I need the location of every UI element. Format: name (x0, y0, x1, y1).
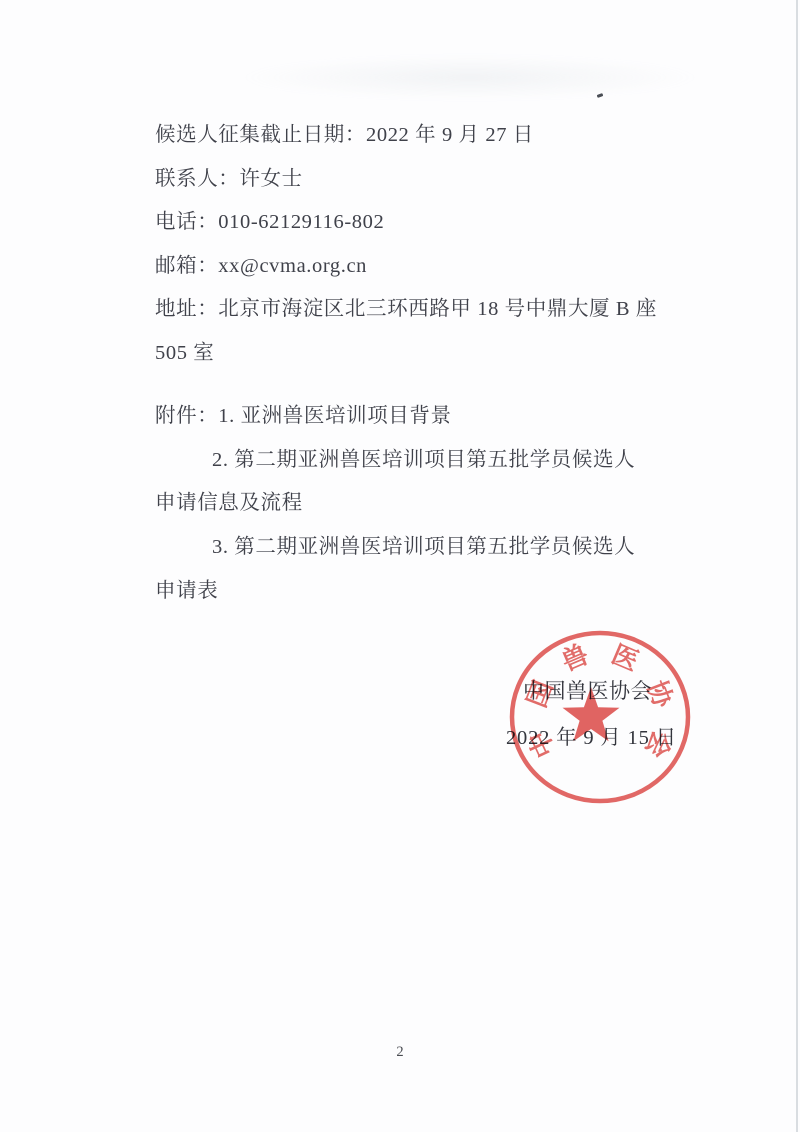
scan-edge-line (796, 0, 798, 1132)
seal-arc-char: 协 (642, 677, 679, 713)
seal-arc-char: 国 (522, 677, 558, 712)
official-seal: 中 国 兽 医 协 会 (508, 630, 692, 806)
seal-arc-char: 会 (639, 726, 676, 762)
contact-person-line: 联系人：许女士 (155, 167, 303, 191)
scan-speck (597, 93, 604, 98)
deadline-line: 候选人征集截止日期：2022 年 9 月 27 日 (155, 123, 534, 147)
page-number: 2 (383, 1044, 417, 1061)
seal-arc-char: 医 (607, 640, 642, 677)
attachment-item-2-line-2: 申请信息及流程 (155, 491, 303, 515)
attachment-item-2-line-1: 2. 第二期亚洲兽医培训项目第五批学员候选人 (212, 448, 635, 472)
seal-arc-char: 兽 (557, 639, 593, 677)
attachment-item-1: 附件：1. 亚洲兽医培训项目背景 (155, 404, 452, 428)
seal-star (563, 687, 620, 741)
attachment-item-3-line-2: 申请表 (155, 579, 218, 603)
address-line-1: 地址：北京市海淀区北三环西路甲 18 号中鼎大厦 B 座 (155, 297, 657, 321)
phone-line: 电话：010-62129116-802 (155, 210, 384, 234)
attachment-item-3-line-1: 3. 第二期亚洲兽医培训项目第五批学员候选人 (212, 535, 635, 559)
document-page: 候选人征集截止日期：2022 年 9 月 27 日 联系人：许女士 电话：010… (0, 0, 800, 1132)
address-line-2: 505 室 (155, 341, 214, 365)
seal-arc-char: 中 (523, 726, 560, 762)
scan-ghosting (240, 55, 700, 100)
email-line: 邮箱：xx@cvma.org.cn (155, 254, 367, 278)
